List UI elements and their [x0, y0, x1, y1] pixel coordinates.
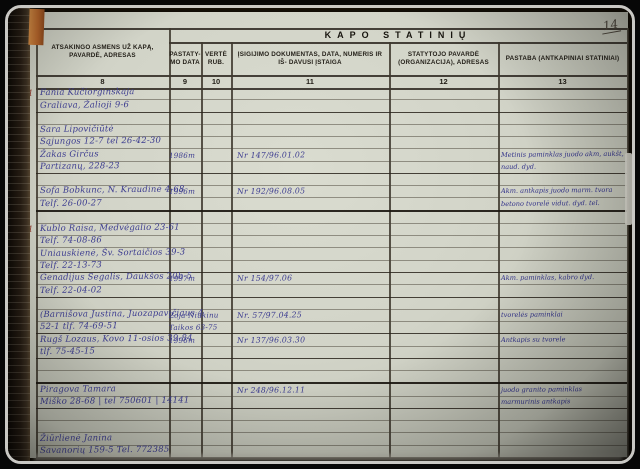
table-row: Piragova Tamara Nr 248/96.12.11 juodo gr…: [36, 384, 627, 396]
cell-value-rub: [201, 310, 231, 321]
cell-remark: Metinis paminklas juodo akm, aukšt,: [498, 149, 627, 160]
table-row: Telf. 22-04-02: [36, 285, 627, 297]
cell-document: [231, 137, 389, 148]
cell-build-date: [169, 113, 201, 124]
cell-responsible-person: Miško 28-68 | tel 750601 | 14141: [36, 397, 169, 408]
handwritten-entry: 52-1 tlf. 74-69-51: [40, 322, 118, 332]
col10-header: VERTĖ RUB.: [201, 42, 231, 75]
handwritten-entry: naud. dyd.: [501, 162, 536, 171]
cell-remark: naud. dyd.: [498, 162, 627, 173]
cell-builder: [389, 433, 498, 444]
cell-responsible-person: Telf. 74-08-86: [36, 236, 169, 247]
cell-build-date: [169, 371, 201, 382]
table-row: [36, 421, 627, 433]
table-row: [36, 371, 627, 384]
handwritten-entry: tlf. 75-45-15: [40, 347, 95, 357]
cell-remark: Antkapis su tvorele: [498, 334, 627, 345]
cell-remark: [498, 88, 627, 99]
cell-builder: [389, 261, 498, 272]
handwritten-entry: Telf. 22-04-02: [40, 286, 102, 296]
cell-value-rub: [201, 334, 231, 345]
cell-remark: [498, 421, 627, 432]
col10-number: 10: [201, 75, 231, 88]
table-row: Sofa Bobkunc, N. Kraudinė 4-68 1996m Nr …: [36, 186, 627, 198]
cell-responsible-person: [36, 359, 169, 370]
cell-document: [231, 261, 389, 272]
cell-remark: [498, 433, 627, 444]
cell-remark: [498, 174, 627, 185]
handwritten-entry: Akm. antkapis juodo marm. tvora: [501, 186, 613, 196]
cell-value-rub: [201, 421, 231, 432]
col8-number: 8: [36, 75, 169, 88]
cell-document: [231, 322, 389, 333]
cell-builder: [389, 113, 498, 124]
ledger-photo: KAPO STATINIŲ ATSAKINGO ASMENS UŽ KAPĄ, …: [8, 8, 632, 461]
cell-document: [231, 409, 389, 420]
cell-document: [231, 347, 389, 358]
cell-build-date: [169, 285, 201, 296]
cell-responsible-person: Uniauskienė, Šv. Sortaičios 39-3: [36, 248, 169, 259]
cell-document: Nr 248/96.12.11: [231, 384, 389, 395]
table-row: tlf. 75-45-15: [36, 347, 627, 359]
cell-value-rub: [201, 162, 231, 173]
cell-remark: juodo granito paminklas: [498, 384, 627, 395]
cell-remark: [498, 285, 627, 296]
cell-remark: [498, 224, 627, 235]
cell-responsible-person: Sara Lipovičiūtė: [36, 125, 169, 136]
cell-document: [231, 359, 389, 370]
cell-builder: [389, 371, 498, 382]
cell-remark: [498, 248, 627, 259]
cell-value-rub: [201, 113, 231, 124]
table-row: Graliava, Žalioji 9-6: [36, 100, 627, 112]
handwritten-entry: Nr 137/96.03.30: [237, 335, 305, 345]
handwritten-entry: Žakas Girčus: [40, 150, 99, 160]
book-cover-corner: [28, 9, 44, 46]
cell-builder: [389, 212, 498, 223]
cell-responsible-person: Žiūrlienė Janina: [36, 433, 169, 444]
table-row: Žiūrlienė Janina: [36, 433, 627, 445]
table-row: Telf. 26-00-27 betono tvorelė vidut. dyd…: [36, 198, 627, 211]
cell-value-rub: [201, 285, 231, 296]
cell-build-date: [169, 359, 201, 370]
cell-build-date: 1997m: [169, 273, 201, 284]
cell-responsible-person: [36, 421, 169, 432]
cell-value-rub: [201, 174, 231, 185]
cell-build-date: 1996m: [169, 334, 201, 345]
cell-responsible-person: Fania Kučiorginskaja1: [36, 88, 169, 99]
cell-build-date: [169, 174, 201, 185]
handwritten-entry: Sofa Bobkunc, N. Kraudinė 4-68: [40, 186, 185, 197]
table-row: Sąjungos 12-7 tel 26-42-30: [36, 137, 627, 149]
table-row: (Barnišova Justina, Juozapavičiaus 4 Zoj…: [36, 310, 627, 322]
cell-build-date: [169, 261, 201, 272]
cell-value-rub: [201, 186, 231, 197]
cell-responsible-person: [36, 113, 169, 124]
cell-value-rub: [201, 347, 231, 358]
handwritten-page-number: 14: [600, 16, 622, 34]
cell-remark: [498, 236, 627, 247]
handwritten-entry: Graliava, Žalioji 9-6: [40, 101, 129, 111]
cell-builder: [389, 397, 498, 408]
table-row: [36, 409, 627, 421]
cell-responsible-person: Sofa Bobkunc, N. Kraudinė 4-68: [36, 186, 169, 197]
cell-document: [231, 113, 389, 124]
handwritten-entry: juodo granito paminklas: [501, 385, 582, 395]
cell-value-rub: [201, 248, 231, 259]
cell-remark: Akm. antkapis juodo marm. tvora: [498, 186, 627, 197]
handwritten-entry: Akm. paminklas, kabro dyd.: [501, 273, 594, 283]
next-page-edge: [625, 153, 632, 225]
handwritten-entry: Sąjungos 12-7 tel 26-42-30: [40, 137, 161, 147]
cell-remark: Akm. paminklas, kabro dyd.: [498, 273, 627, 284]
cell-build-date: [169, 100, 201, 111]
cell-builder: [389, 310, 498, 321]
table-row: Telf. 74-08-86: [36, 236, 627, 248]
cell-responsible-person: [36, 409, 169, 420]
table-body: Fania Kučiorginskaja1 Graliava, Žalioji …: [36, 88, 627, 458]
cell-build-date: [169, 198, 201, 209]
handwritten-entry: Nr 154/97.06: [237, 274, 292, 284]
handwritten-entry: tvorelės paminklai: [501, 310, 563, 320]
cell-document: [231, 371, 389, 382]
cell-value-rub: [201, 149, 231, 160]
col13-header: PASTABA (ANTKAPINIAI STATINIAI): [498, 42, 627, 75]
cell-build-date: [169, 125, 201, 136]
ledger-page: KAPO STATINIŲ ATSAKINGO ASMENS UŽ KAPĄ, …: [26, 12, 628, 458]
cell-remark: [498, 298, 627, 309]
handwritten-entry: Metinis paminklas juodo akm, aukšt,: [501, 149, 624, 159]
col11-header: ĮSIGIJIMO DOKUMENTAS, DATA, NUMERIS IR I…: [231, 42, 389, 75]
cell-builder: [389, 384, 498, 395]
handwritten-entry: Miško 28-68 | tel 750601 | 14141: [40, 396, 190, 407]
cell-builder: [389, 186, 498, 197]
cell-build-date: [169, 347, 201, 358]
col13-number: 13: [498, 75, 627, 88]
cell-responsible-person: Genadijus Segalis, Daukšos 20b-5: [36, 273, 169, 284]
cell-builder: [389, 224, 498, 235]
handwritten-entry: Nr 248/96.12.11: [237, 385, 305, 395]
cell-remark: marmurinis antkapis: [498, 397, 627, 408]
cell-responsible-person: Partizanų, 228-23: [36, 162, 169, 173]
cell-responsible-person: Kublo Raisa, Medvėgalio 23-611: [36, 224, 169, 235]
table-row: Miško 28-68 | tel 750601 | 14141 marmuri…: [36, 397, 627, 409]
cell-document: [231, 212, 389, 223]
table-row: [36, 359, 627, 371]
cell-value-rub: [201, 322, 231, 333]
cell-remark: [498, 322, 627, 333]
col-line-right: [627, 28, 629, 458]
cell-responsible-person: [36, 174, 169, 185]
cell-build-date: [169, 224, 201, 235]
cell-value-rub: [201, 359, 231, 370]
cell-document: [231, 224, 389, 235]
cell-value-rub: [201, 224, 231, 235]
col12-header: STATYTOJO PAVARDĖ (ORGANIZACIJA), ADRESA…: [389, 42, 498, 75]
cell-responsible-person: [36, 371, 169, 382]
handwritten-entry: Partizanų, 228-23: [40, 162, 120, 172]
cell-builder: [389, 137, 498, 148]
cell-remark: [498, 113, 627, 124]
cell-document: Nr 137/96.03.30: [231, 334, 389, 345]
cell-remark: [498, 359, 627, 370]
cell-value-rub: [201, 198, 231, 209]
handwritten-entry: Telf. 22-13-73: [40, 261, 102, 271]
cell-document: [231, 285, 389, 296]
col9-number: 9: [169, 75, 201, 88]
cell-build-date: Zoja Niukinu: [169, 310, 201, 321]
col8-header: ATSAKINGO ASMENS UŽ KAPĄ, PAVARDĖ, ADRES…: [36, 28, 169, 75]
cell-builder: [389, 273, 498, 284]
cell-responsible-person: Žakas Girčus: [36, 149, 169, 160]
cell-document: [231, 174, 389, 185]
handwritten-entry: Žiūrlienė Janina: [40, 434, 112, 444]
cell-responsible-person: Piragova Tamara: [36, 384, 169, 395]
handwritten-entry: Sara Lipovičiūtė: [40, 125, 114, 135]
cell-build-date: [169, 298, 201, 309]
table-grid: KAPO STATINIŲ ATSAKINGO ASMENS UŽ KAPĄ, …: [26, 12, 628, 458]
cell-build-date: [169, 433, 201, 444]
table-row: Partizanų, 228-23 naud. dyd.: [36, 162, 627, 174]
table-row: [36, 298, 627, 310]
handwritten-entry: marmurinis antkapis: [501, 397, 570, 407]
table-row: [36, 212, 627, 224]
cell-builder: [389, 347, 498, 358]
cell-builder: [389, 88, 498, 99]
cell-responsible-person: [36, 298, 169, 309]
cell-builder: [389, 100, 498, 111]
cell-value-rub: [201, 433, 231, 444]
cell-builder: [389, 322, 498, 333]
table-row: Fania Kučiorginskaja1: [36, 88, 627, 100]
table-row: [36, 113, 627, 125]
cell-builder: [389, 149, 498, 160]
handwritten-entry: Uniauskienė, Šv. Sortaičios 39-3: [40, 248, 186, 259]
cell-value-rub: [201, 384, 231, 395]
cell-build-date: 1986m: [169, 149, 201, 160]
col9-header: PASTATY- MO DATA: [169, 42, 201, 75]
cell-document: [231, 397, 389, 408]
cell-value-rub: [201, 236, 231, 247]
cell-builder: [389, 236, 498, 247]
table-row: 52-1 tlf. 74-69-51 Taikos 63-75: [36, 322, 627, 334]
page-bottom-edge: [34, 454, 622, 461]
cell-remark: [498, 100, 627, 111]
cell-document: [231, 198, 389, 209]
cell-build-date: [169, 409, 201, 420]
cell-build-date: [169, 384, 201, 395]
cell-build-date: [169, 162, 201, 173]
cell-value-rub: [201, 273, 231, 284]
cell-responsible-person: Telf. 22-04-02: [36, 285, 169, 296]
cell-builder: [389, 298, 498, 309]
cell-responsible-person: Rugš Lozaus, Kovo 11-osios 39-84: [36, 334, 169, 345]
cell-document: [231, 236, 389, 247]
cell-document: Nr 147/96.01.02: [231, 149, 389, 160]
cell-build-date: Taikos 63-75: [169, 322, 201, 333]
cell-responsible-person: Sąjungos 12-7 tel 26-42-30: [36, 137, 169, 148]
handwritten-entry: 1996m: [169, 335, 195, 344]
cell-value-rub: [201, 100, 231, 111]
handwritten-entry: Fania Kučiorginskaja: [40, 88, 135, 98]
cell-value-rub: [201, 88, 231, 99]
cell-responsible-person: Telf. 26-00-27: [36, 198, 169, 209]
cell-builder: [389, 421, 498, 432]
table-row: Rugš Lozaus, Kovo 11-osios 39-84 1996m N…: [36, 334, 627, 346]
cell-build-date: [169, 212, 201, 223]
cell-remark: [498, 371, 627, 382]
cell-document: [231, 433, 389, 444]
cell-responsible-person: 52-1 tlf. 74-69-51: [36, 322, 169, 333]
cell-build-date: 1996m: [169, 186, 201, 197]
cell-builder: [389, 285, 498, 296]
cell-remark: tvorelės paminklai: [498, 310, 627, 321]
cell-document: [231, 421, 389, 432]
cell-document: Nr 192/96.08.05: [231, 186, 389, 197]
book-binding: [8, 8, 30, 461]
cell-document: [231, 100, 389, 111]
cell-document: [231, 298, 389, 309]
handwritten-entry: Kublo Raisa, Medvėgalio 23-61: [40, 224, 180, 234]
cell-responsible-person: Telf. 22-13-73: [36, 261, 169, 272]
handwritten-entry: 1996m: [169, 187, 195, 196]
cell-document: [231, 125, 389, 136]
cell-document: Nr 154/97.06: [231, 273, 389, 284]
cell-responsible-person: [36, 212, 169, 223]
cell-value-rub: [201, 212, 231, 223]
cell-remark: [498, 212, 627, 223]
cell-builder: [389, 359, 498, 370]
cell-build-date: [169, 421, 201, 432]
cell-responsible-person: Graliava, Žalioji 9-6: [36, 100, 169, 111]
handwritten-entry: betono tvorelė vidut. dyd. tel.: [501, 199, 600, 209]
cell-value-rub: [201, 371, 231, 382]
cell-document: Nr. 57/97.04.25: [231, 310, 389, 321]
handwritten-entry: 1997m: [169, 274, 195, 283]
cell-document: [231, 162, 389, 173]
cell-build-date: [169, 397, 201, 408]
cell-build-date: [169, 236, 201, 247]
table-title: KAPO STATINIŲ: [169, 28, 627, 42]
col11-number: 11: [231, 75, 389, 88]
handwritten-entry: Nr 192/96.08.05: [237, 187, 305, 197]
cell-builder: [389, 174, 498, 185]
table-row: Žakas Girčus 1986m Nr 147/96.01.02 Metin…: [36, 149, 627, 161]
cell-builder: [389, 162, 498, 173]
cell-document: [231, 248, 389, 259]
handwritten-entry: Nr 147/96.01.02: [237, 150, 305, 160]
cell-remark: betono tvorelė vidut. dyd. tel.: [498, 198, 627, 209]
cell-value-rub: [201, 261, 231, 272]
cell-responsible-person: (Barnišova Justina, Juozapavičiaus 4: [36, 310, 169, 321]
handwritten-entry: Antkapis su tvorele: [501, 335, 566, 345]
cell-builder: [389, 125, 498, 136]
cell-remark: [498, 125, 627, 136]
cell-value-rub: [201, 125, 231, 136]
cell-builder: [389, 409, 498, 420]
cell-builder: [389, 248, 498, 259]
cell-builder: [389, 334, 498, 345]
cell-build-date: [169, 137, 201, 148]
cell-remark: [498, 261, 627, 272]
cell-value-rub: [201, 409, 231, 420]
cell-builder: [389, 198, 498, 209]
handwritten-entry: Telf. 26-00-27: [40, 199, 102, 209]
cell-value-rub: [201, 397, 231, 408]
cell-build-date: [169, 248, 201, 259]
table-row: Uniauskienė, Šv. Sortaičios 39-3: [36, 248, 627, 260]
cell-value-rub: [201, 298, 231, 309]
cell-value-rub: [201, 137, 231, 148]
table-row: Kublo Raisa, Medvėgalio 23-611: [36, 224, 627, 236]
cell-remark: [498, 409, 627, 420]
cell-responsible-person: tlf. 75-45-15: [36, 347, 169, 358]
cell-remark: [498, 137, 627, 148]
table-row: Genadijus Segalis, Daukšos 20b-5 1997m N…: [36, 273, 627, 285]
photo-frame: KAPO STATINIŲ ATSAKINGO ASMENS UŽ KAPĄ, …: [5, 5, 635, 464]
cell-document: [231, 88, 389, 99]
handwritten-entry: 1986m: [169, 150, 195, 159]
col12-number: 12: [389, 75, 498, 88]
handwritten-entry: Nr. 57/97.04.25: [237, 310, 302, 320]
handwritten-entry: Telf. 74-08-86: [40, 237, 102, 247]
handwritten-entry: Piragova Tamara: [40, 385, 116, 395]
cell-remark: [498, 347, 627, 358]
cell-build-date: [169, 88, 201, 99]
